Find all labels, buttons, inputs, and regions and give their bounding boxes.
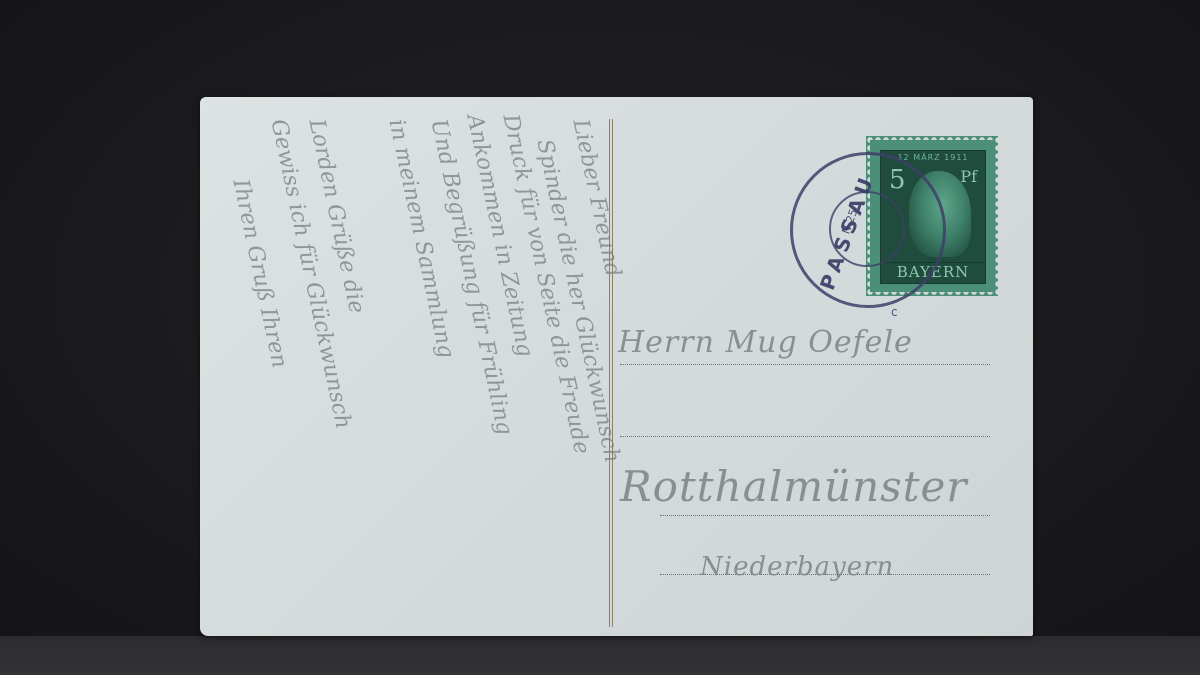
center-divider-line (609, 119, 613, 627)
message-line: Ihren Gruß Ihren (228, 177, 292, 370)
postmark: PASSAU N.25 c (790, 152, 946, 308)
recipient-name: Herrn Mug Oefele (618, 325, 913, 360)
postmark-letter: c (891, 305, 898, 319)
address-line-1 (620, 364, 990, 365)
address-line-2 (620, 436, 990, 437)
recipient-region: Niederbayern (700, 552, 894, 582)
lower-backdrop-band (0, 636, 1200, 675)
postcard: Lieber Freund Spinder die her Glückwunsc… (200, 97, 1033, 636)
stamp-unit: Pf (960, 167, 977, 186)
recipient-city: Rotthalmünster (620, 462, 967, 511)
address-line-3 (660, 515, 990, 516)
